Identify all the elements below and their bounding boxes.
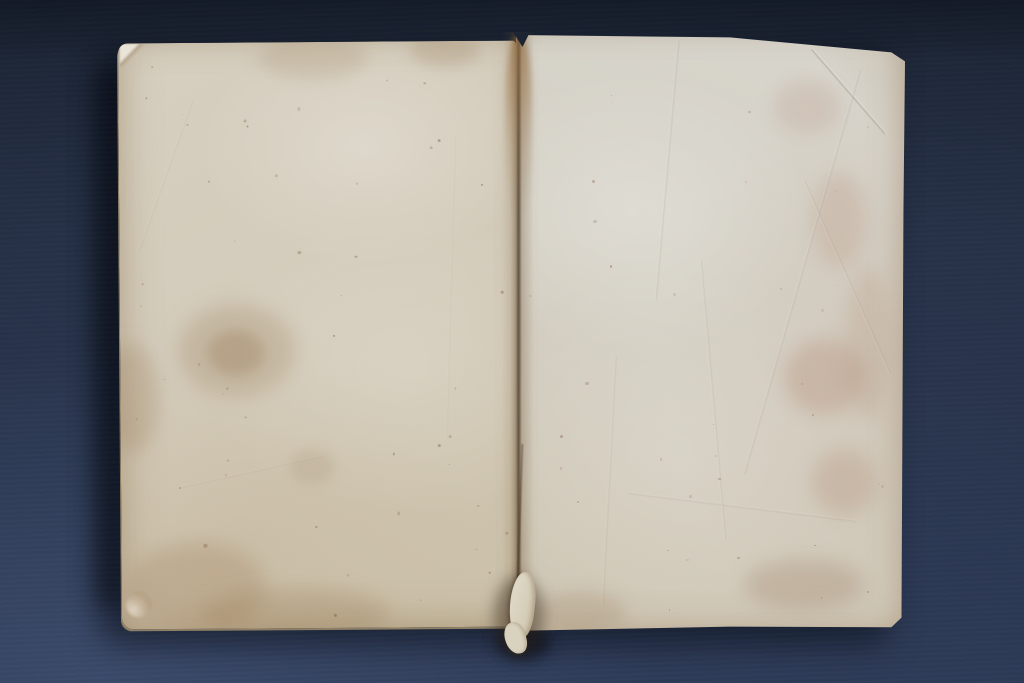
speck <box>592 180 595 183</box>
speck <box>669 609 670 610</box>
speck <box>812 414 814 416</box>
speck <box>225 474 227 476</box>
speck <box>186 124 188 126</box>
speck <box>505 532 508 535</box>
right-page-corner-shade <box>815 38 905 140</box>
speck <box>745 181 747 183</box>
left-page-corner-fold <box>120 44 144 66</box>
speck <box>842 445 844 447</box>
stain <box>846 268 890 418</box>
speck <box>577 501 579 503</box>
paper-crease <box>655 40 680 299</box>
stain <box>208 330 264 374</box>
speck <box>673 293 676 296</box>
photo-backdrop <box>0 0 1024 683</box>
speck <box>801 383 804 386</box>
speck <box>356 182 358 184</box>
speck <box>881 485 884 488</box>
paper-crease <box>445 137 455 437</box>
speck <box>386 80 388 82</box>
speck <box>438 444 441 447</box>
speck <box>660 458 662 460</box>
speck <box>449 435 452 438</box>
speck <box>529 295 532 298</box>
speck <box>560 467 563 470</box>
speck <box>208 181 210 183</box>
paper-crease <box>601 356 616 606</box>
stain <box>784 340 864 414</box>
speck <box>501 291 504 294</box>
speck <box>821 597 823 599</box>
speck <box>610 265 613 268</box>
speck <box>334 614 337 617</box>
speck <box>198 363 200 365</box>
speck <box>611 95 613 97</box>
speck <box>429 146 432 149</box>
stain <box>178 304 297 397</box>
speck <box>393 453 395 455</box>
speck <box>355 256 358 259</box>
stain <box>125 542 266 629</box>
speck <box>867 591 869 593</box>
stain <box>744 560 864 610</box>
speck <box>151 66 153 68</box>
speck <box>139 306 141 308</box>
speck <box>135 419 137 421</box>
stain <box>812 450 876 514</box>
speck <box>748 111 751 114</box>
speck <box>814 545 816 547</box>
speck <box>244 119 247 122</box>
speck <box>179 487 181 489</box>
speck <box>689 495 692 498</box>
speck <box>612 102 613 103</box>
stain <box>812 172 866 268</box>
speck <box>145 97 147 99</box>
speck <box>340 294 342 296</box>
open-book <box>118 30 905 633</box>
speck <box>423 82 426 85</box>
speck <box>718 478 721 481</box>
speck <box>821 309 824 312</box>
speck <box>249 351 250 352</box>
speck <box>275 174 278 177</box>
speck <box>879 483 881 485</box>
speck <box>226 387 228 389</box>
speck <box>481 184 483 186</box>
paper-crease <box>803 181 890 374</box>
speck <box>667 550 669 552</box>
speck <box>585 382 588 385</box>
stain <box>410 41 480 68</box>
stain <box>289 450 335 484</box>
stain <box>536 592 626 632</box>
left-page-corner-curl <box>126 591 152 617</box>
speck <box>181 114 182 115</box>
speck <box>227 459 229 461</box>
speck <box>346 573 349 576</box>
speck <box>448 464 449 465</box>
stain <box>200 588 390 630</box>
speck <box>298 107 301 110</box>
speck <box>397 512 400 515</box>
speck <box>298 251 301 254</box>
right-page <box>516 32 905 632</box>
speck <box>316 526 318 528</box>
speck <box>686 559 689 562</box>
speck <box>234 241 235 242</box>
paper-crease <box>138 99 194 250</box>
left-page <box>118 41 520 630</box>
stain <box>118 343 159 453</box>
speck <box>715 455 717 457</box>
paper-crease <box>629 492 858 522</box>
speck <box>245 416 247 418</box>
paper-crease <box>178 454 325 488</box>
speck <box>780 288 782 290</box>
speck <box>489 572 490 573</box>
speck <box>478 505 479 506</box>
stain <box>258 41 368 81</box>
speck <box>204 544 207 547</box>
speck <box>713 424 714 425</box>
speck <box>141 283 143 285</box>
speck <box>454 387 457 390</box>
speck <box>560 435 563 438</box>
speck <box>593 220 596 223</box>
speck <box>420 600 422 602</box>
speck <box>835 191 836 192</box>
speck <box>163 379 165 381</box>
speck <box>438 139 441 142</box>
paper-crease <box>700 260 726 539</box>
speck <box>476 548 478 550</box>
speck <box>222 393 223 394</box>
speck <box>333 335 335 337</box>
paper-speckles <box>118 41 520 630</box>
speck <box>247 125 249 127</box>
speck <box>737 557 739 559</box>
